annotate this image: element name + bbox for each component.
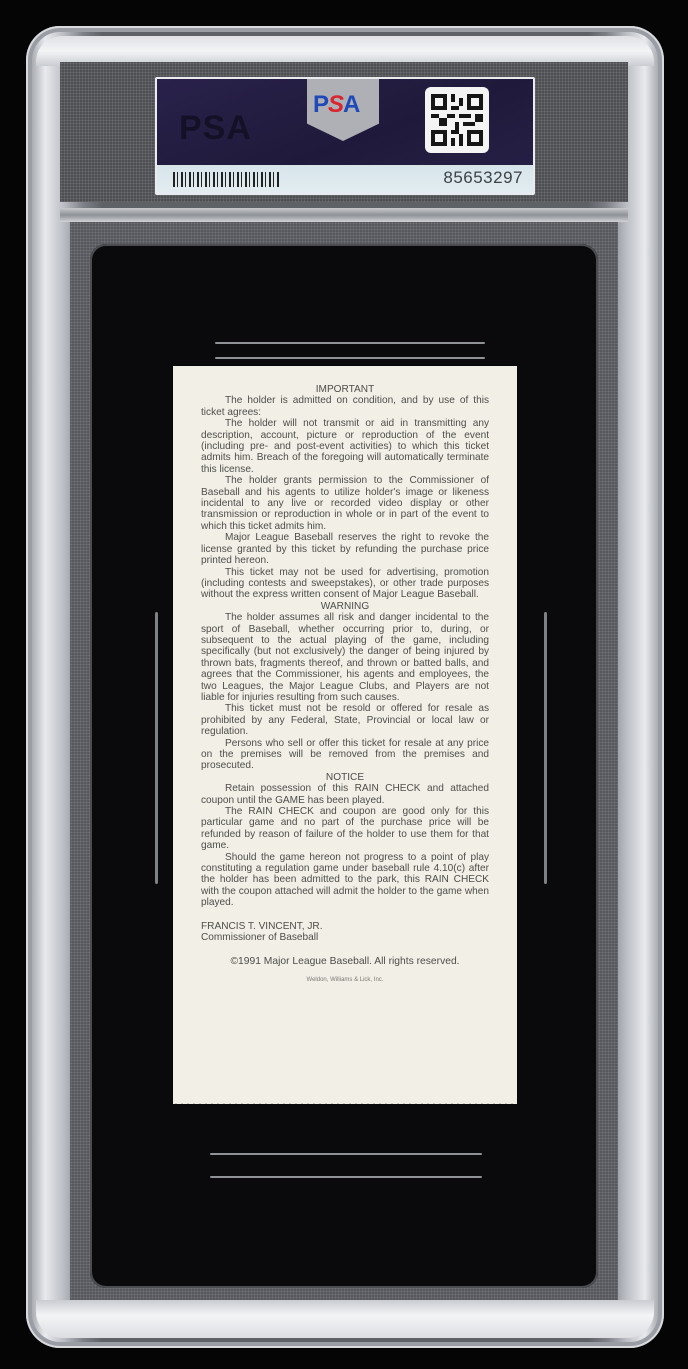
section-paragraph: The RAIN CHECK and coupon are good only … <box>201 806 489 852</box>
section-paragraph: The holder will not transmit or aid in t… <box>201 418 489 475</box>
psa-watermark: PSA <box>179 109 252 148</box>
qr-code-icon[interactable] <box>425 87 489 153</box>
section-heading: IMPORTANT <box>201 384 489 395</box>
label-top: PSA PSA <box>157 79 533 165</box>
ticket-fine-print: IMPORTANTThe holder is admitted on condi… <box>201 384 489 986</box>
section-paragraph: Should the game hereon not progress to a… <box>201 852 489 909</box>
section-paragraph: This ticket may not be used for advertis… <box>201 567 489 601</box>
perforated-edge <box>173 1098 517 1106</box>
section-paragraph: The holder is admitted on condition, and… <box>201 395 489 418</box>
barcode-icon <box>173 172 281 187</box>
label-bottom: 85653297 <box>157 165 533 193</box>
slab-bottom-rim <box>36 1300 654 1338</box>
section-paragraph: This ticket must not be resold or offere… <box>201 703 489 737</box>
section-paragraph: The holder grants permission to the Comm… <box>201 475 489 532</box>
section-paragraph: Retain possession of this RAIN CHECK and… <box>201 783 489 806</box>
signature-name: FRANCIS T. VINCENT, JR. <box>201 921 489 932</box>
section-paragraph: Major League Baseball reserves the right… <box>201 532 489 566</box>
signature-title: Commissioner of Baseball <box>201 932 489 943</box>
cert-number: 85653297 <box>443 168 523 188</box>
signature-block: FRANCIS T. VINCENT, JR. Commissioner of … <box>201 921 489 944</box>
slot-line <box>215 357 485 359</box>
slot-line <box>210 1153 482 1155</box>
ticket-back: IMPORTANTThe holder is admitted on condi… <box>173 366 517 1104</box>
printer-credit: Weldon, Williams & Lick, Inc. <box>201 975 489 986</box>
section-paragraph: The holder assumes all risk and danger i… <box>201 612 489 703</box>
psa-label: PSA PSA 85653 <box>155 77 535 195</box>
section-paragraph: Persons who sell or offer this ticket fo… <box>201 738 489 772</box>
ticket-sections: IMPORTANTThe holder is admitted on condi… <box>201 384 489 909</box>
psa-logo: PSA <box>313 93 375 117</box>
slab-ridge <box>60 208 628 222</box>
slot-line <box>210 1176 482 1178</box>
side-guide <box>544 612 547 884</box>
side-guide <box>155 612 158 884</box>
section-heading: NOTICE <box>201 772 489 783</box>
slot-line <box>215 342 485 344</box>
section-heading: WARNING <box>201 601 489 612</box>
copyright: ©1991 Major League Baseball. All rights … <box>201 956 489 967</box>
